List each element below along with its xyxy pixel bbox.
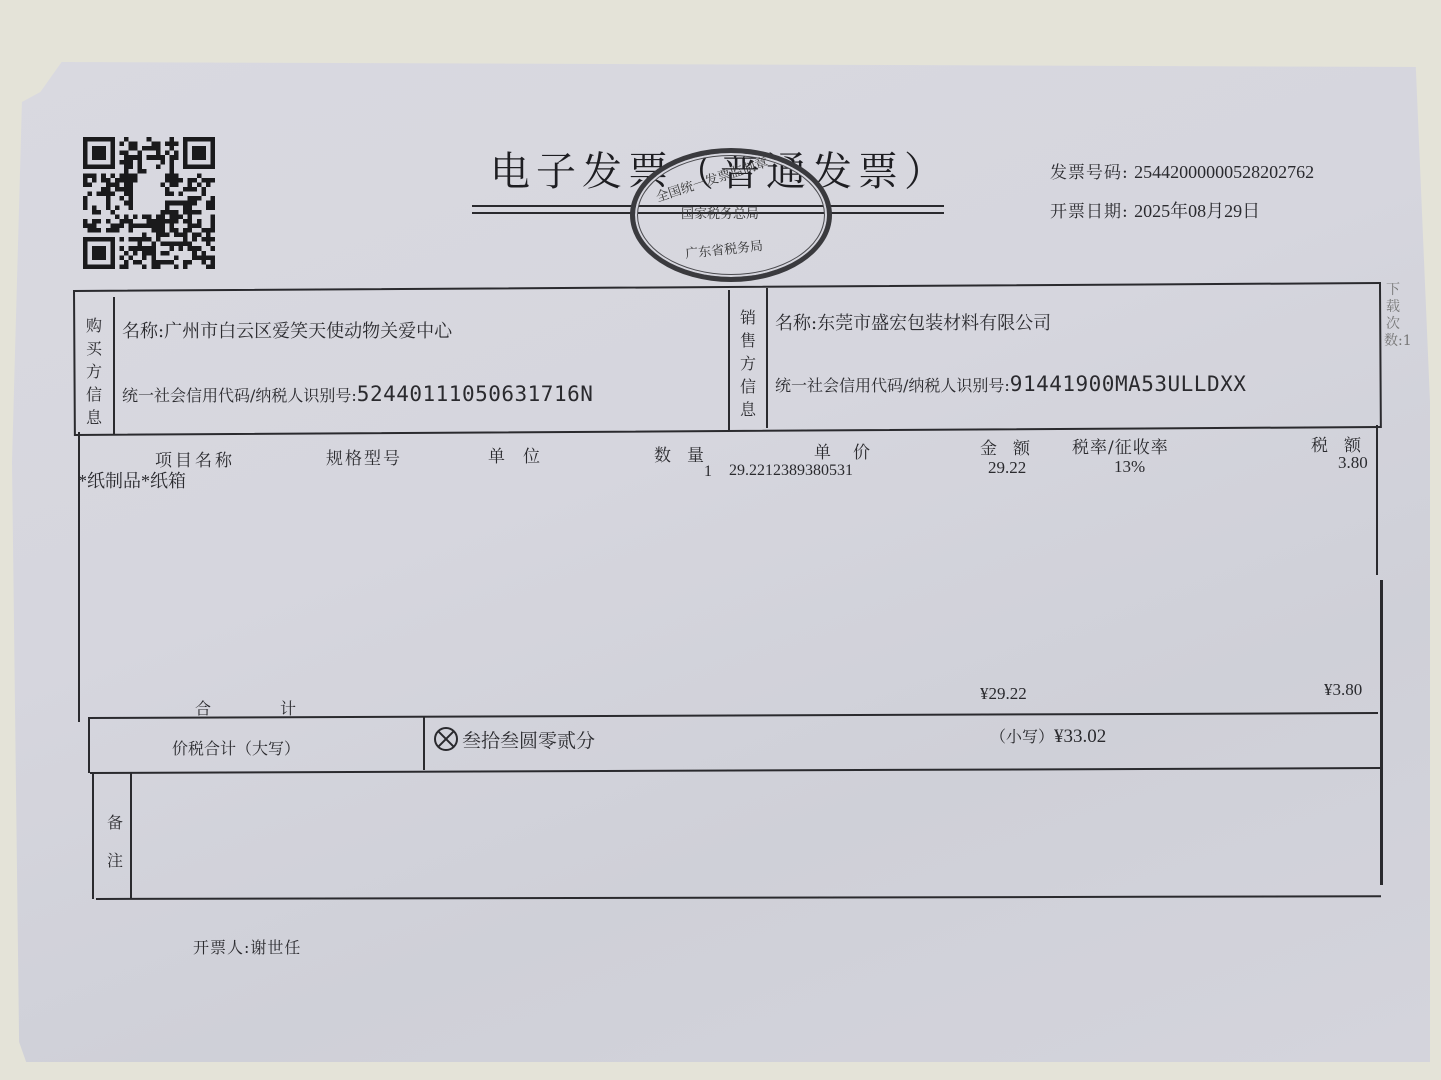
qr-code: [82, 137, 216, 269]
grand-total-small-label: （小写）: [990, 729, 1054, 746]
col-header-amount: 金额: [980, 434, 1046, 459]
invoice-number-label: 发票号码:: [1050, 163, 1129, 183]
divider: [92, 773, 94, 899]
item-amount: 29.22: [988, 458, 1026, 478]
invoice-number: 发票号码: 25442000000528202762: [1050, 158, 1314, 183]
invoice-date-label: 开票日期:: [1050, 202, 1129, 222]
col-header-spec: 规格型号: [326, 444, 402, 469]
invoice-date-value: 2025年08月29日: [1134, 201, 1260, 221]
seller-name: 名称:东莞市盛宏包装材料有限公司: [775, 309, 1051, 335]
seller-section-label: 销售方信息: [736, 306, 760, 421]
col-header-unit-price: 单价: [814, 438, 892, 463]
grand-total-small-value: ¥33.02: [1054, 726, 1106, 747]
invoice-date: 开票日期: 2025年08月29日: [1050, 197, 1260, 223]
grand-total-small: （小写）¥33.02: [990, 724, 1106, 748]
total-amount: ¥29.22: [980, 684, 1027, 704]
item-quantity: 1: [704, 463, 712, 481]
buyer-tax-id-value: 52440111050631716N: [357, 382, 594, 406]
divider: [130, 773, 132, 898]
seller-tax-id-label: 统一社会信用代码/纳税人识别号:: [775, 376, 1010, 395]
divider: [88, 718, 90, 773]
item-tax-rate: 13%: [1114, 457, 1145, 477]
divider: [766, 288, 768, 428]
seal-middle-text: 国家税务总局: [681, 203, 759, 222]
grand-total-words: 叁拾叁圆零贰分: [434, 726, 595, 753]
tax-seal: 全国统一发票监制章 国家税务总局 广东省税务局: [630, 148, 832, 282]
grand-total-words-value: 叁拾叁圆零贰分: [462, 731, 595, 752]
seller-name-value: 东莞市盛宏包装材料有限公司: [817, 313, 1051, 334]
seller-tax-id-value: 91441900MA53ULLDXX: [1010, 372, 1247, 396]
issuer-label: 开票人:: [193, 938, 250, 957]
buyer-tax-id: 统一社会信用代码/纳税人识别号:52440111050631716N: [122, 382, 593, 406]
col-header-tax-rate: 税率/征收率: [1072, 433, 1169, 458]
issuer-name: 谢世任: [250, 938, 301, 957]
item-unit-price: 29.2212389380531: [729, 462, 853, 480]
total-tax: ¥3.80: [1324, 680, 1362, 700]
item-name: *纸制品*纸箱: [78, 467, 186, 493]
buyer-tax-id-label: 统一社会信用代码/纳税人识别号:: [122, 386, 357, 405]
circled-x-icon: [434, 727, 458, 751]
divider: [728, 290, 730, 430]
buyer-section-label: 购买方信息: [82, 314, 106, 429]
remarks-label: 备注: [103, 804, 127, 880]
buyer-name-value: 广州市白云区爱笑天使动物关爱中心: [164, 321, 452, 342]
grand-total-label: 价税合计（大写）: [172, 736, 300, 759]
item-tax: 3.80: [1338, 453, 1368, 473]
seller-tax-id: 统一社会信用代码/纳税人识别号:91441900MA53ULLDXX: [775, 372, 1246, 396]
table-right-border: [1380, 580, 1383, 885]
seal-bottom-text: 广东省税务局: [684, 235, 764, 262]
seller-name-label: 名称:: [775, 313, 817, 334]
handwritten-download-note: 下载次数:1: [1384, 282, 1402, 350]
col-header-unit: 单位: [488, 442, 558, 467]
buyer-name: 名称:广州市白云区爱笑天使动物关爱中心: [122, 317, 452, 343]
divider: [113, 297, 115, 434]
buyer-name-label: 名称:: [122, 321, 164, 342]
issuer: 开票人:谢世任: [193, 935, 301, 958]
invoice-number-value: 25442000000528202762: [1134, 162, 1314, 182]
divider: [423, 716, 425, 770]
